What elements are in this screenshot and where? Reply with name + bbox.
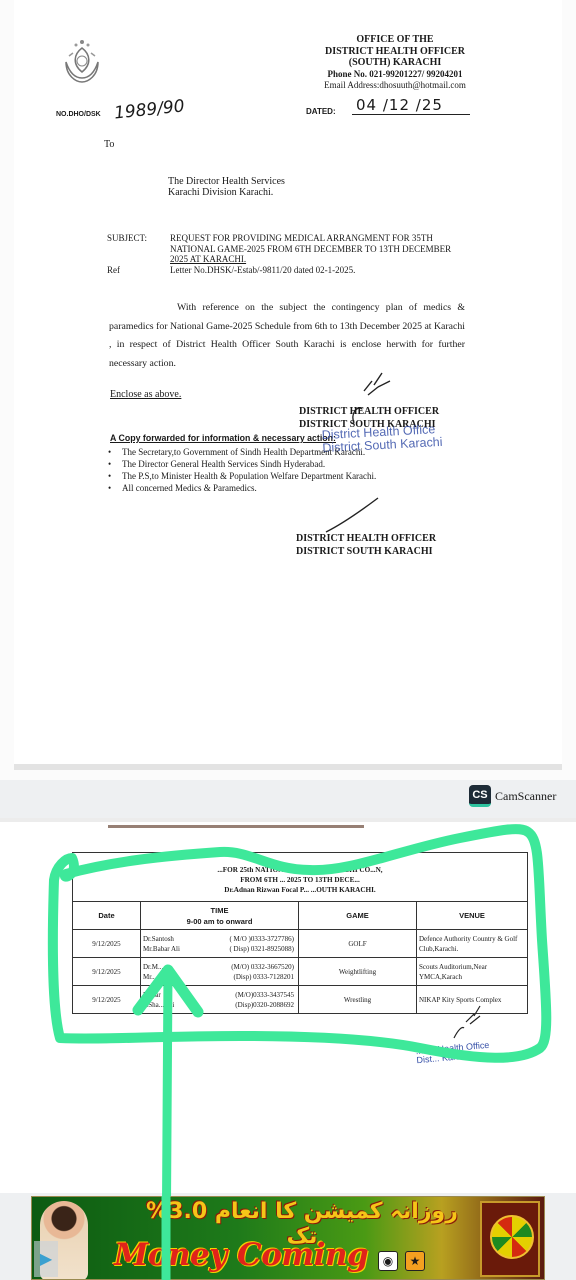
- cc-item: The Secretary,to Government of Sindh Hea…: [108, 446, 376, 458]
- staff-name: Dr...ar: [143, 990, 161, 1000]
- play-icon[interactable]: ▶: [34, 1241, 58, 1277]
- cell-staff: Dr...ar(M/O)0333-3437545 ...Sha... Ali(D…: [141, 986, 299, 1014]
- cc-item: All concerned Medics & Paramedics.: [108, 482, 376, 494]
- staff-name: Dr.Santosh: [143, 934, 174, 944]
- col-venue: VENUE: [417, 902, 528, 930]
- copy-forwarded-heading: A Copy forwarded for information & neces…: [110, 433, 336, 443]
- cc-item: The P.S,to Minister Health & Population …: [108, 470, 376, 482]
- staff-contact: (Disp)0320-2088692: [235, 1000, 294, 1010]
- addressee-line-1: The Director Health Services: [168, 176, 285, 187]
- schedule-page-2: ...FOR 25th NATIONAL GAMES KARACHI CO...…: [0, 818, 576, 1193]
- cell-venue: Scouts Auditorium,Near YMCA,Karach: [417, 958, 528, 986]
- cell-staff: Dr.Santosh( M/O )0333-3727786) Mr.Babar …: [141, 930, 299, 958]
- staff-name: ...Sha... Ali: [143, 1000, 174, 1010]
- office-email: Email Address:dhosuuth@hotmail.com: [300, 80, 490, 92]
- ad-brand-title: Money Coming: [114, 1237, 368, 1273]
- cc-item: The Director General Health Services Sin…: [108, 458, 376, 470]
- cc-list: The Secretary,to Government of Sindh Hea…: [108, 446, 376, 494]
- col-time-sub: 9-00 am to onward: [141, 916, 298, 927]
- sindh-govt-logo-icon: [60, 36, 104, 84]
- cell-game: GOLF: [299, 930, 417, 958]
- col-time-title: TIME: [141, 905, 298, 916]
- ref-number-label: NO.DHO/DSK: [56, 111, 101, 118]
- cell-game: Weightlifting: [299, 958, 417, 986]
- ref-text: Letter No.DHSK/-Estab/-9811/20 dated 02-…: [170, 265, 355, 275]
- spin-wheel-icon: [480, 1201, 540, 1277]
- addressee-line-2: Karachi Division Karachi.: [168, 187, 285, 198]
- staff-name: Mr.Babar Ali: [143, 944, 180, 954]
- camscanner-logo-icon: CS: [469, 785, 491, 807]
- staff-contact: (Disp) 0333-7128201: [234, 972, 294, 982]
- to-label: To: [104, 139, 114, 150]
- cell-date: 9/12/2025: [73, 930, 141, 958]
- signatory2-line-2: DISTRICT SOUTH KARACHI: [296, 545, 436, 558]
- addressee: The Director Health Services Karachi Div…: [168, 176, 285, 198]
- col-date: Date: [73, 902, 141, 930]
- signatory-line-1: DISTRICT HEALTH OFFICER: [299, 405, 439, 418]
- signature-icon: [448, 1002, 488, 1042]
- schedule-table: Date TIME 9-00 am to onward GAME VENUE 9…: [72, 901, 528, 1014]
- col-game: GAME: [299, 902, 417, 930]
- camscanner-label: CamScanner: [495, 789, 556, 804]
- game-app-icon: ★: [405, 1251, 425, 1271]
- subject-line-1: REQUEST FOR PROVIDING MEDICAL ARRANGMENT…: [170, 233, 490, 244]
- office-phone: Phone No. 021-99201227/ 99204201: [300, 69, 490, 81]
- staff-contact: (M/O)0333-3437545: [235, 990, 294, 1000]
- subject-text: REQUEST FOR PROVIDING MEDICAL ARRANGMENT…: [170, 233, 490, 265]
- cell-date: 9/12/2025: [73, 958, 141, 986]
- ad-banner[interactable]: روزانہ کمیشن کا انعام 3.0% تک Money Comi…: [31, 1196, 545, 1280]
- office-line-1: OFFICE OF THE: [300, 34, 490, 46]
- subject-line-2: NATIONAL GAME-2025 FROM 6TH DECEMBER TO …: [170, 244, 490, 255]
- col-time: TIME 9-00 am to onward: [141, 902, 299, 930]
- office-line-3: (SOUTH) KARACHI: [300, 57, 490, 69]
- office-line-2: DISTRICT HEALTH OFFICER: [300, 46, 490, 58]
- cell-game: Wrestling: [299, 986, 417, 1014]
- scan-edge-line: [108, 825, 364, 828]
- signatory-block-2: DISTRICT HEALTH OFFICER DISTRICT SOUTH K…: [296, 532, 436, 558]
- enclose-note: Enclose as above.: [110, 389, 181, 400]
- subject-line-3: 2025 AT KARACHI.: [170, 254, 490, 265]
- staff-contact: ( Disp) 0321-8925088): [229, 944, 294, 954]
- staff-name: Dr.M...: [143, 962, 163, 972]
- cell-venue: Defence Authority Country & Golf Club,Ka…: [417, 930, 528, 958]
- office-header: OFFICE OF THE DISTRICT HEALTH OFFICER (S…: [300, 34, 490, 92]
- table-header-row: Date TIME 9-00 am to onward GAME VENUE: [73, 902, 528, 930]
- table-row: 9/12/2025 Dr.Santosh( M/O )0333-3727786)…: [73, 930, 528, 958]
- staff-contact: (M/O) 0332-3667520): [231, 962, 294, 972]
- app-store-icon: ◉: [378, 1251, 398, 1271]
- heading-line-1: ...FOR 25th NATIONAL GAMES KARACHI CO...…: [73, 865, 527, 875]
- subject-label: SUBJECT:: [107, 233, 147, 243]
- signatory2-line-1: DISTRICT HEALTH OFFICER: [296, 532, 436, 545]
- schedule-heading: ...FOR 25th NATIONAL GAMES KARACHI CO...…: [72, 852, 528, 901]
- office-stamp-2: ...rict Health Office Dist... Karachi: [415, 1041, 490, 1065]
- staff-name: Mr....: [143, 972, 158, 982]
- table-row: 9/12/2025 Dr.M...(M/O) 0332-3667520) Mr.…: [73, 958, 528, 986]
- dated-handwritten: 04 /12 /25: [352, 96, 470, 115]
- heading-line-2: FROM 6TH ... 2025 TO 13TH DECE...: [73, 875, 527, 885]
- cell-staff: Dr.M...(M/O) 0332-3667520) Mr....(Disp) …: [141, 958, 299, 986]
- staff-contact: ( M/O )0333-3727786): [229, 934, 294, 944]
- letter-page-1: OFFICE OF THE DISTRICT HEALTH OFFICER (S…: [0, 0, 576, 780]
- dated-label: DATED:: [306, 107, 336, 116]
- ref-label: Ref: [107, 265, 120, 275]
- heading-line-3: Dr.Adnan Rizwan Focal P... ...OUTH KARAC…: [73, 885, 527, 895]
- cell-date: 9/12/2025: [73, 986, 141, 1014]
- camscanner-watermark: CS CamScanner: [469, 785, 556, 807]
- signature-icon: [322, 494, 382, 534]
- schedule-table-wrap: ...FOR 25th NATIONAL GAMES KARACHI CO...…: [72, 852, 528, 1014]
- body-paragraph: With reference on the subject the contin…: [109, 299, 465, 373]
